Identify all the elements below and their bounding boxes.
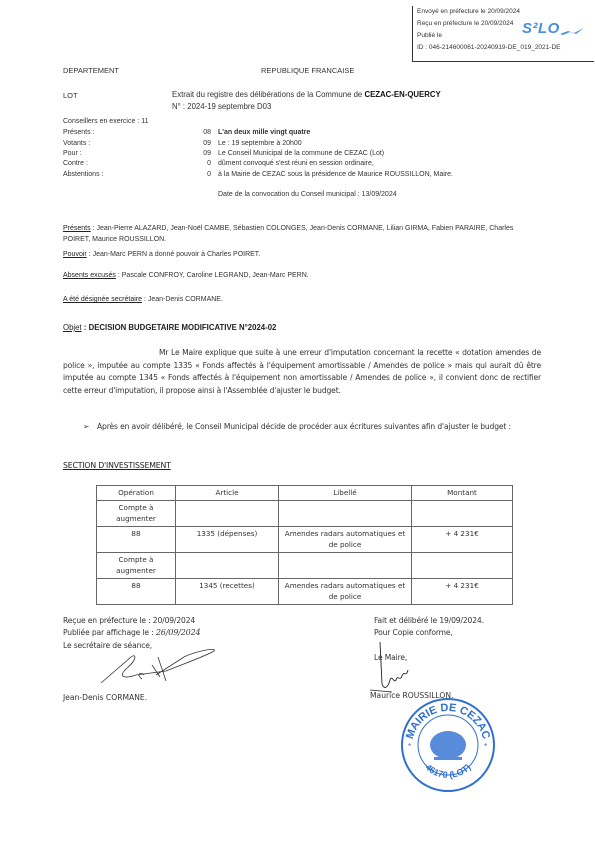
stat-label: Conseillers en exercice : 11 — [63, 118, 173, 125]
secretary-label: A été désignée secrétaire — [63, 296, 142, 303]
published-handwritten-date: 26/09/2024 — [156, 628, 201, 637]
objet-label: Objet — [63, 323, 82, 332]
table-row: 881345 (recettes)Amendes radars automati… — [97, 578, 513, 604]
absents-label: Absents excusés — [63, 272, 116, 279]
stat-value: 0 — [163, 171, 211, 178]
objet-title: : DECISION BUDGETAIRE MODIFICATIVE N°202… — [82, 323, 277, 332]
intro-year: L'an deux mille vingt quatre — [218, 129, 310, 136]
cell-libelle: Amendes radars automatiques et de police — [279, 526, 412, 552]
republic-label: REPUBLIQUE FRANCAISE — [261, 66, 354, 75]
cell-operation: Compte à augmenter — [97, 552, 176, 578]
svg-text:*: * — [408, 742, 411, 751]
absents: Absents excusés : Pascale CONFROY, Carol… — [63, 270, 541, 281]
objet: Objet : DECISION BUDGETAIRE MODIFICATIVE… — [63, 323, 276, 332]
cell-operation: Compte à augmenter — [97, 500, 176, 526]
town-hall-seal: MAIRIE DE CEZAC 46170 (LOT) * * — [398, 695, 498, 795]
section-title: SECTION D'INVESTISSEMENT — [63, 461, 171, 470]
explanation-text: Mr Le Maire explique que suite à une err… — [63, 348, 541, 395]
table-row: 881335 (dépenses)Amendes radars automati… — [97, 526, 513, 552]
pouvoir-text: : Jean-Marc PERN a donné pouvoir à Charl… — [87, 251, 261, 258]
decision-bullet: ➢ Après en avoir délibéré, le Conseil Mu… — [83, 421, 541, 434]
act-id: ID : 046-214600061-20240919-DE_019_2021-… — [417, 42, 594, 54]
commune-name: CEZAC-EN-QUERCY — [364, 90, 440, 99]
intro-council: Le Conseil Municipal de la commune de CE… — [218, 150, 384, 157]
paper-plane-icon — [560, 28, 584, 36]
cell-montant — [412, 552, 513, 578]
intro-date: Le : 19 septembre à 20h00 — [218, 140, 302, 147]
header-montant: Montant — [412, 486, 513, 501]
sent-date: Envoyé en préfecture le 20/09/2024 — [417, 6, 594, 18]
register-prefix: Extrait du registre des délibérations de… — [172, 90, 364, 99]
stat-label: Contre : — [63, 160, 173, 167]
cell-article — [176, 552, 279, 578]
cell-operation: 88 — [97, 578, 176, 604]
svg-text:46170 (LOT): 46170 (LOT) — [423, 762, 472, 780]
stat-value: 09 — [163, 150, 211, 157]
cell-montant: + 4 231€ — [412, 578, 513, 604]
stat-label: Présents : — [63, 129, 173, 136]
cell-article: 1335 (dépenses) — [176, 526, 279, 552]
presents-list: : Jean-Pierre ALAZARD, Jean-Noël CAMBE, … — [63, 225, 513, 243]
department-name: LOT — [63, 91, 78, 100]
department-label: DEPARTEMENT — [63, 66, 119, 75]
intro-convened: dûment convoqué s'est réuni en session o… — [218, 160, 374, 167]
stat-value: 0 — [163, 160, 211, 167]
absents-list: : Pascale CONFROY, Caroline LEGRAND, Jea… — [116, 272, 309, 279]
arrow-bullet-icon: ➢ — [83, 421, 89, 434]
secretary-name: : Jean-Denis CORMANE. — [142, 296, 223, 303]
header-libelle: Libellé — [279, 486, 412, 501]
published-affichage: Publiée par affichage le : 26/09/2024 — [63, 627, 200, 639]
stat-label: Abstentions : — [63, 171, 173, 178]
mayor-signature — [368, 640, 418, 695]
stat-label: Votants : — [63, 140, 173, 147]
secretary-signature — [96, 645, 221, 687]
cell-article — [176, 500, 279, 526]
cell-libelle — [279, 552, 412, 578]
cell-montant — [412, 500, 513, 526]
cell-libelle: Amendes radars automatiques et de police — [279, 578, 412, 604]
slo-logo-text: S²LO — [522, 20, 560, 37]
table-row: Compte à augmenter — [97, 500, 513, 526]
header-article: Article — [176, 486, 279, 501]
budget-table: Opération Article Libellé Montant Compte… — [96, 485, 513, 605]
pouvoir: Pouvoir : Jean-Marc PERN a donné pouvoir… — [63, 249, 541, 260]
svg-text:*: * — [484, 742, 487, 751]
received-prefecture: Reçue en préfecture le : 20/09/2024 — [63, 615, 200, 627]
cell-article: 1345 (recettes) — [176, 578, 279, 604]
presents-label: Présents — [63, 225, 91, 232]
header-operation: Opération — [97, 486, 176, 501]
register-title: Extrait du registre des délibérations de… — [172, 90, 441, 99]
decision-text: Après en avoir délibéré, le Conseil Muni… — [97, 421, 541, 434]
convocation-date: Date de la convocation du Conseil munici… — [218, 191, 397, 198]
table-row: Compte à augmenter — [97, 552, 513, 578]
cell-operation: 88 — [97, 526, 176, 552]
table-header-row: Opération Article Libellé Montant — [97, 486, 513, 501]
cell-montant: + 4 231€ — [412, 526, 513, 552]
copy-conform: Pour Copie conforme, — [374, 627, 484, 639]
done-date: Fait et délibéré le 19/09/2024. — [374, 615, 484, 627]
stat-value: 08 — [163, 129, 211, 136]
slo-logo: S²LO — [522, 20, 560, 37]
presents: Présents : Jean-Pierre ALAZARD, Jean-Noë… — [63, 223, 541, 245]
cell-libelle — [279, 500, 412, 526]
explanation-paragraph: Mr Le Maire explique que suite à une err… — [63, 347, 541, 397]
secretary-name-signed: Jean-Denis CORMANE. — [63, 693, 147, 702]
secretary: A été désignée secrétaire : Jean-Denis C… — [63, 294, 541, 305]
intro-presidency: à la Mairie de CEZAC sous la présidence … — [218, 171, 453, 178]
published-label: Publiée par affichage le : — [63, 628, 156, 637]
stat-value: 09 — [163, 140, 211, 147]
deliberation-number: N° : 2024-19 septembre D03 — [172, 102, 271, 111]
stat-label: Pour : — [63, 150, 173, 157]
pouvoir-label: Pouvoir — [63, 251, 87, 258]
